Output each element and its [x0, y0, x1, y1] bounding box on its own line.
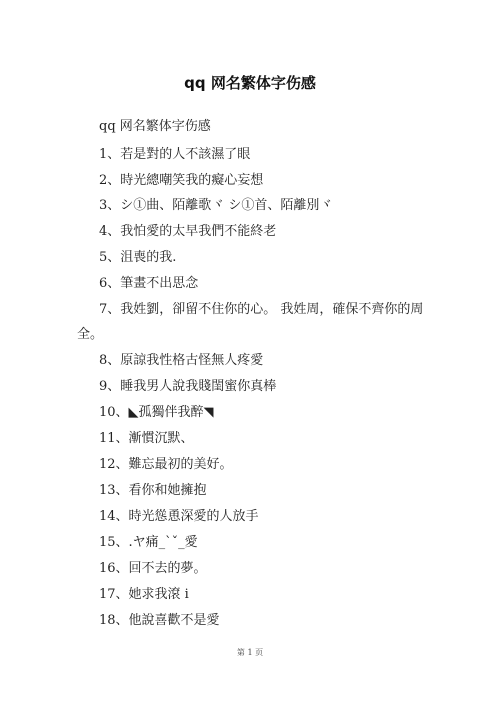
paragraph-line: 5、沮喪的我.: [99, 246, 176, 265]
paragraph-line: 6、筆畫不出思念: [99, 272, 198, 291]
paragraph-line: 3、シ①曲、陌離歌ヾ シ①首、陌離別ヾ: [99, 194, 332, 213]
paragraph-line: 4、我怕愛的太早我們不能終老: [99, 220, 276, 239]
document-page: qq 网名繁体字伤感 qq 网名繁体字伤感 1、若是對的人不該濕了眼 2、時光總…: [0, 0, 500, 708]
document-title: qq 网名繁体字伤感: [0, 72, 500, 93]
paragraph-line: 8、原諒我性格古怪無人疼愛: [99, 349, 263, 368]
paragraph-line: 11、漸慣沉默、: [99, 427, 194, 446]
paragraph-line: 9、睡我男人說我賤閨蜜你真棒: [99, 375, 276, 394]
paragraph-line: 18、他說喜歡不是愛: [99, 609, 220, 628]
paragraph-line: 2、時光總嘲笑我的癡心妄想: [99, 169, 263, 188]
paragraph-line: 12、難忘最初的美好。: [99, 453, 233, 472]
paragraph-line: 1、若是對的人不該濕了眼: [99, 143, 250, 162]
paragraph-line-continuation: 全。: [77, 323, 103, 342]
paragraph-line: qq 网名繁体字伤感: [99, 115, 211, 134]
page-number: 第 1 页: [0, 647, 500, 658]
paragraph-line: 10、◣孤獨伴我醉◥: [99, 401, 214, 420]
paragraph-line: 14、時光慫恿深愛的人放手: [99, 505, 259, 524]
paragraph-line: 17、她求我滾 i: [99, 583, 189, 602]
paragraph-line: 13、看你和她擁抱: [99, 479, 207, 498]
paragraph-line: 16、回不去的夢。: [99, 557, 207, 576]
paragraph-line: 15、.ヤ痛_`ˇ_愛: [99, 531, 198, 550]
paragraph-line: 7、我姓劉，卻留不住你的心。 我姓周，確保不齊你的周: [99, 298, 423, 317]
